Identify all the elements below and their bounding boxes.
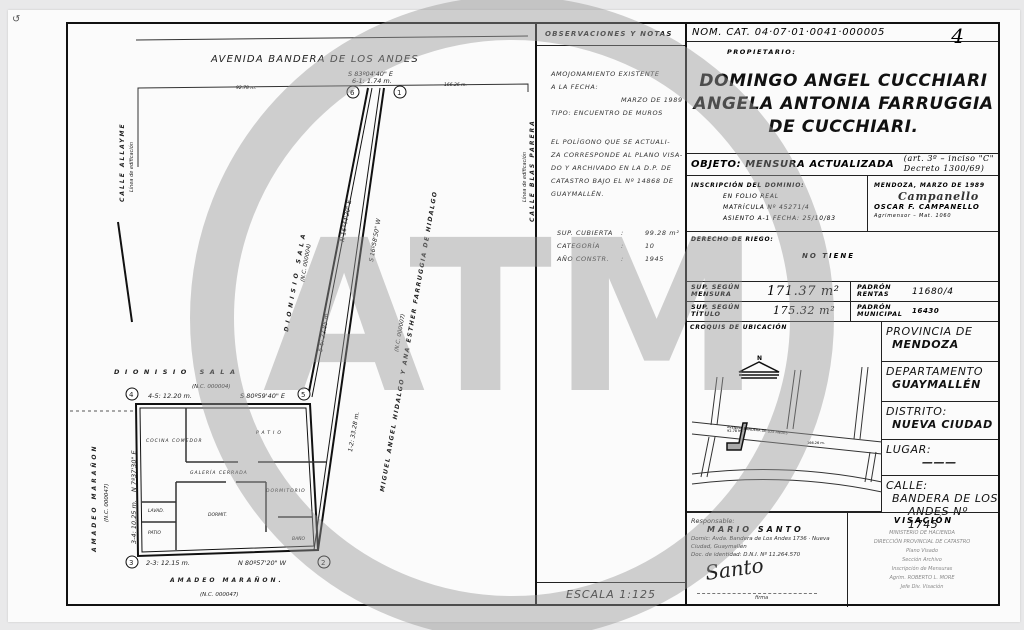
drawing-frame: [66, 22, 1000, 606]
rotate-icon: ↺: [12, 14, 20, 25]
